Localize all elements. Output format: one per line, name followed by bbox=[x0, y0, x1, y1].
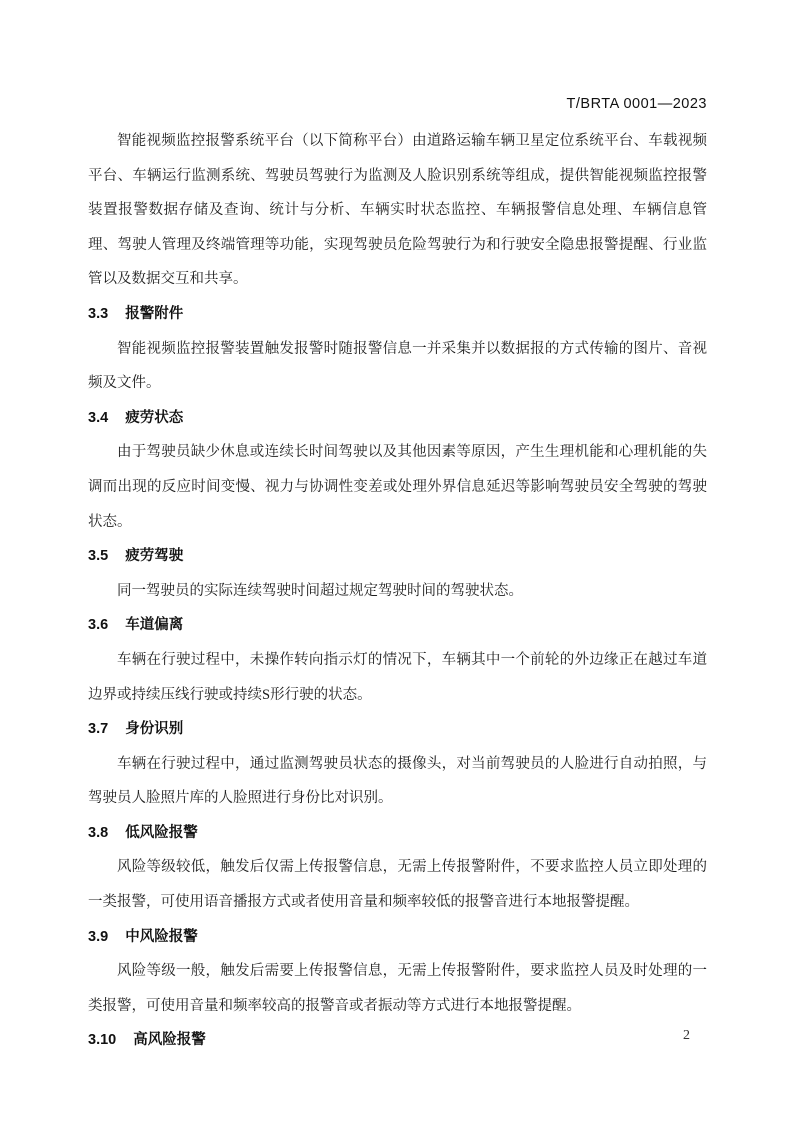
section-number: 3.9 bbox=[88, 920, 108, 955]
document-number-header: T/BRTA 0001—2023 bbox=[88, 96, 707, 112]
section-number: 3.8 bbox=[88, 816, 108, 851]
section-heading-3-3: 3.3 报警附件 bbox=[88, 297, 707, 332]
paragraph-lane-departure: 车辆在行驶过程中，未操作转向指示灯的情况下，车辆其中一个前轮的外边缘正在越过车道… bbox=[88, 643, 707, 712]
document-page: T/BRTA 0001—2023 智能视频监控报警系统平台（以下简称平台）由道路… bbox=[0, 0, 794, 1123]
section-title: 中风险报警 bbox=[125, 929, 198, 945]
section-heading-3-4: 3.4 疲劳状态 bbox=[88, 401, 707, 436]
section-title: 身份识别 bbox=[125, 721, 183, 737]
paragraph-fatigue-driving: 同一驾驶员的实际连续驾驶时间超过规定驾驶时间的驾驶状态。 bbox=[88, 574, 707, 609]
paragraph-platform-definition: 智能视频监控报警系统平台（以下简称平台）由道路运输车辆卫星定位系统平台、车载视频… bbox=[88, 124, 707, 297]
section-title: 车道偏离 bbox=[125, 617, 183, 633]
section-heading-3-7: 3.7 身份识别 bbox=[88, 712, 707, 747]
page-number: 2 bbox=[0, 1028, 690, 1044]
section-number: 3.6 bbox=[88, 608, 108, 643]
section-heading-3-9: 3.9 中风险报警 bbox=[88, 920, 707, 955]
section-number: 3.4 bbox=[88, 401, 108, 436]
paragraph-identity-recognition: 车辆在行驶过程中，通过监测驾驶员状态的摄像头，对当前驾驶员的人脸进行自动拍照，与… bbox=[88, 747, 707, 816]
section-heading-3-5: 3.5 疲劳驾驶 bbox=[88, 539, 707, 574]
paragraph-fatigue-state: 由于驾驶员缺少休息或连续长时间驾驶以及其他因素等原因，产生生理机能和心理机能的失… bbox=[88, 435, 707, 539]
paragraph-low-risk-alarm: 风险等级较低，触发后仅需上传报警信息，无需上传报警附件，不要求监控人员立即处理的… bbox=[88, 850, 707, 919]
section-title: 低风险报警 bbox=[125, 825, 198, 841]
paragraph-medium-risk-alarm: 风险等级一般，触发后需要上传报警信息，无需上传报警附件，要求监控人员及时处理的一… bbox=[88, 954, 707, 1023]
section-title: 报警附件 bbox=[125, 306, 183, 322]
paragraph-alarm-attachment: 智能视频监控报警装置触发报警时随报警信息一并采集并以数据报的方式传输的图片、音视… bbox=[88, 332, 707, 401]
section-heading-3-8: 3.8 低风险报警 bbox=[88, 816, 707, 851]
section-title: 疲劳驾驶 bbox=[125, 548, 183, 564]
section-number: 3.7 bbox=[88, 712, 108, 747]
section-title: 疲劳状态 bbox=[125, 410, 183, 426]
document-body: 智能视频监控报警系统平台（以下简称平台）由道路运输车辆卫星定位系统平台、车载视频… bbox=[88, 124, 707, 1058]
section-heading-3-6: 3.6 车道偏离 bbox=[88, 608, 707, 643]
section-number: 3.5 bbox=[88, 539, 108, 574]
section-number: 3.3 bbox=[88, 297, 108, 332]
